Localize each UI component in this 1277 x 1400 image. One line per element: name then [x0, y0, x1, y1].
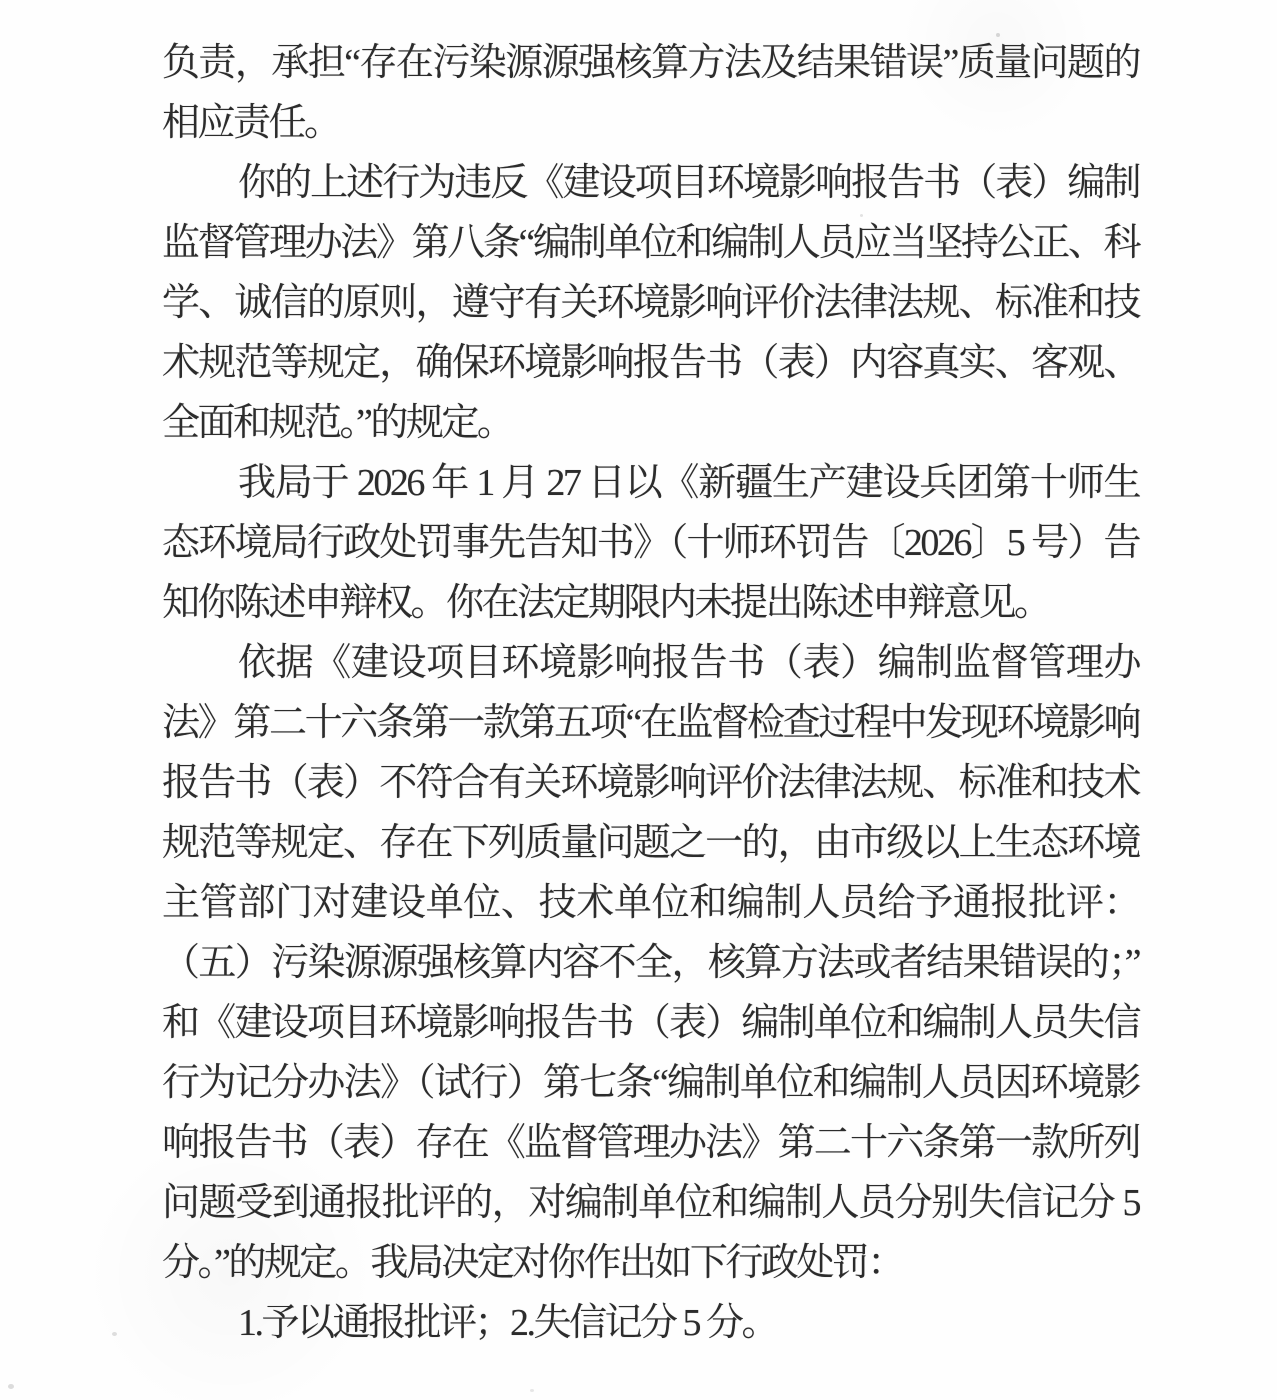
scan-speck	[112, 1332, 117, 1336]
paragraph-prior-notice: 我局于 2026 年 1 月 27 日以《新疆生产建设兵团第十师生态环境局行政处…	[162, 453, 1139, 633]
paragraph-legal-basis: 依据《建设项目环境影响报告书（表）编制监督管理办法》第二十六条第一款第五项“在监…	[162, 633, 1139, 1293]
scan-speck	[8, 1384, 14, 1389]
paragraph-violation-article8: 你的上述行为违反《建设项目环境影响报告书（表）编制监督管理办法》第八条“编制单位…	[162, 153, 1139, 453]
paragraph-liability-continuation: 负责，承担“存在污染源源强核算方法及结果错误”质量问题的相应责任。	[162, 33, 1139, 153]
scanned-document-page: 负责，承担“存在污染源源强核算方法及结果错误”质量问题的相应责任。 你的上述行为…	[0, 0, 1277, 1400]
paragraph-penalty-decision: 1.予以通报批评；2.失信记分 5 分。	[162, 1293, 1139, 1353]
document-body-text: 负责，承担“存在污染源源强核算方法及结果错误”质量问题的相应责任。 你的上述行为…	[162, 33, 1139, 1353]
scan-speck	[530, 1389, 534, 1392]
